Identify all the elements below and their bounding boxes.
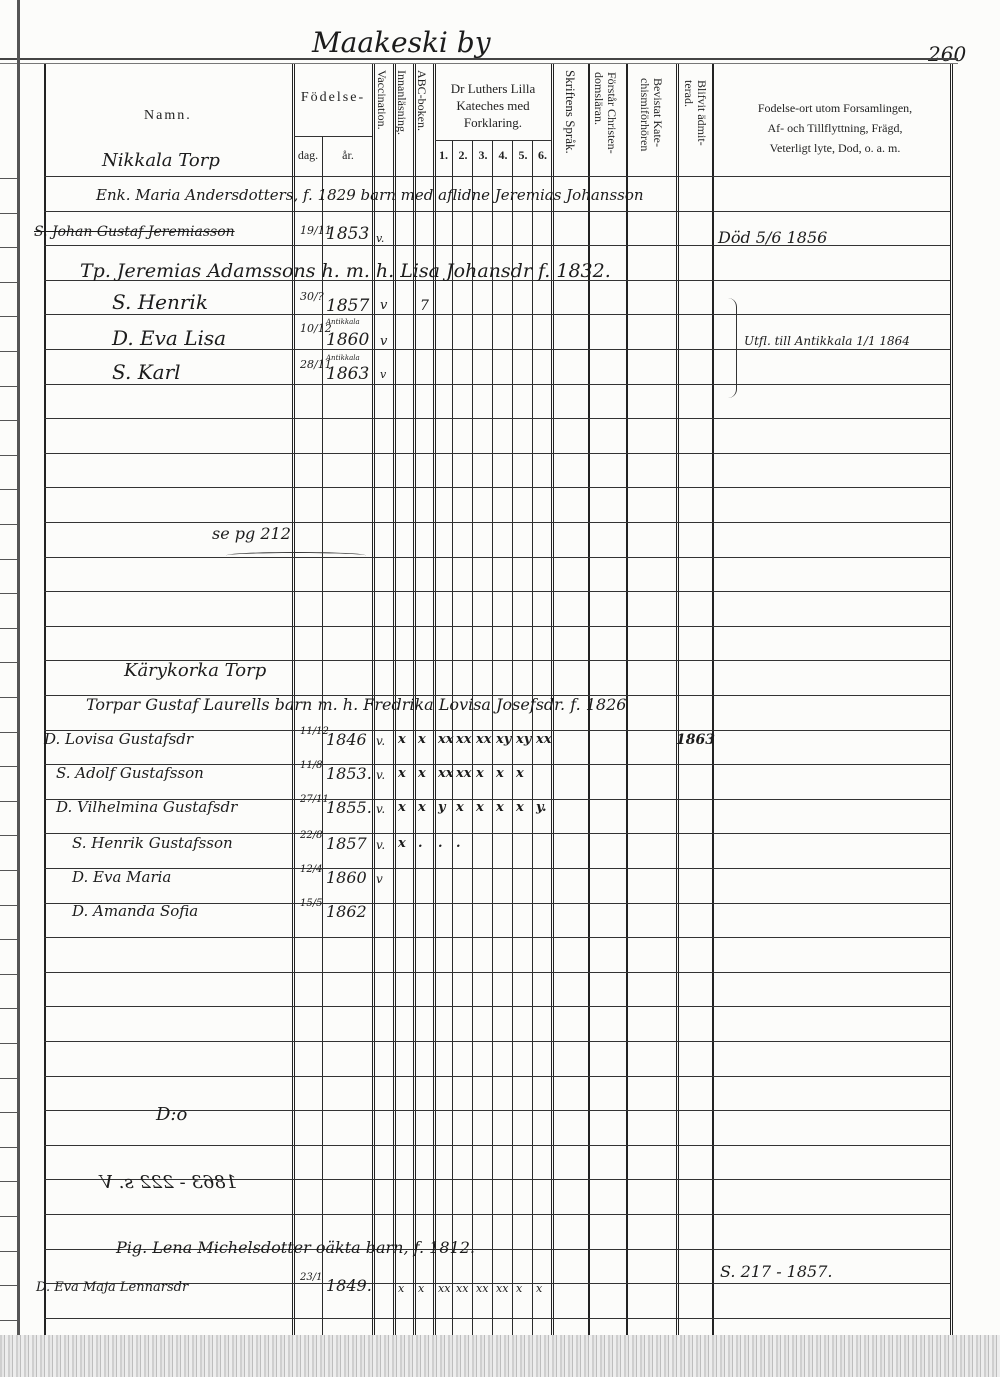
margin-tick [0,178,17,179]
header-blifvit: Blifvit ädmit- terad. [682,80,708,170]
header-skriftens-sprak: Skriftens Språk. [564,70,576,154]
row-mark: x [418,732,426,747]
ruled-line [44,1318,950,1319]
row-ar: 1862 [326,902,367,921]
row-mark: y [438,800,446,815]
row-mark: xx [496,1282,508,1295]
luther-sub-rule [435,140,551,141]
row-mark: x [418,800,426,815]
fodelse-sub-rule [294,136,372,137]
bracket-mark [728,298,737,398]
margin-tick [0,213,17,214]
row-ar: 1860 [326,868,367,887]
header-bevistat-2: chismiförhören [638,78,652,151]
row-vacc: v. [376,232,384,245]
row-dag: 11/12 [300,726,329,737]
row-mark: . [418,836,423,851]
row-name: S. Henrik Gustafsson [72,834,233,852]
ruled-line [44,522,950,523]
row-mark: xx [476,1282,488,1295]
row-name: S. Karl [112,360,181,384]
row-vacc: v. [376,768,385,782]
row-mark: x [516,1282,522,1295]
header-namn: Namn. [144,108,192,124]
ruled-line [44,1041,950,1042]
farm-name-nikkala: Nikkala Torp [102,150,220,171]
row-mark: x [476,766,484,781]
row-mark: x [398,766,406,781]
ruled-line [44,868,950,869]
cross-reference: se pg 212 [212,524,291,543]
header-remarks-1: Fodelse-ort utom Forsamlingen, [720,98,950,118]
margin-tick [0,593,17,594]
header-remarks-2: Af- och Tillflyttning, Frägd, [720,118,950,138]
margin-tick [0,420,17,421]
row-name: D. Eva Maja Lennarsdr [36,1280,188,1295]
row-mark: x [496,766,504,781]
margin-tick [0,1216,17,1217]
row-ar: 1857 [326,296,369,316]
row-mark: x [496,800,504,815]
margin-tick [0,1181,17,1182]
header-fodelse: Födelse- [294,90,372,106]
luther-col-4: 4. [493,148,513,163]
row-dag: 12/4 [300,864,322,875]
margin-tick [0,766,17,767]
luther-col-3: 3. [473,148,493,163]
header-remarks: Fodelse-ort utom Forsamlingen, Af- och T… [720,98,950,158]
header-luther-line3: Forklaring. [434,114,552,131]
row-mark: xx [456,1282,468,1295]
row-mark: xx [438,1282,450,1295]
row-name: S. Adolf Gustafsson [56,764,204,782]
row-name: S. Henrik [112,290,208,314]
ruled-line [44,1076,950,1077]
row-ar: 1846 [326,730,367,749]
header-forstar: Förstår Christen- domsläran. [592,72,618,172]
margin-tick [0,732,17,733]
household-line-3: Torpar Gustaf Laurells barn m. h. Fredri… [86,695,626,714]
row-mark: x [418,766,426,781]
header-forstar-1: Förstår Christen- [605,72,619,154]
row-mark: x [418,1282,424,1295]
row-vacc: v. [376,838,385,852]
row-mark: xx [456,766,472,781]
row-mark: xy [496,732,511,747]
row-dag: 22/8 [300,830,322,841]
household-line-4: Pig. Lena Michelsdotter oäkta barn, f. 1… [116,1238,475,1257]
ruled-line [44,453,950,454]
col-line-l3 [492,140,493,1335]
margin-tick [0,1112,17,1113]
margin-tick [0,1043,17,1044]
ruled-line [44,591,950,592]
row-mark: x [476,800,484,815]
header-luther-line2: Kateches med [434,97,552,114]
margin-tick [0,247,17,248]
margin-tick [0,316,17,317]
margin-tick [0,697,17,698]
header-innanlasning: Innanläsning. [396,70,408,135]
margin-tick [0,1251,17,1252]
ruled-line [44,1214,950,1215]
household-line-1: Enk. Maria Andersdotters, f. 1829 barn m… [96,186,644,204]
luther-col-2: 2. [453,148,473,163]
header-bevistat-1: Bevistat Kate- [651,78,665,147]
row-mark: x [536,1282,542,1295]
ditto-mark: D:o [156,1104,187,1125]
row-dag: 11/8 [300,760,322,771]
row-remarks: Död 5/6 1856 [718,228,827,247]
row-vacc: v [380,368,386,381]
row-mark: y. [536,800,547,815]
row-mark: x [398,1282,404,1295]
header-dag: dag. [294,148,322,163]
col-line-l4 [512,140,513,1335]
ruled-line [44,1006,950,1007]
row-mark: x [516,800,524,815]
header-blifvit-1: Blifvit ädmit- [695,80,709,146]
row-ar: 1855. [326,798,372,817]
row-vacc: v. [376,802,385,816]
row-name: D. Lovisa Gustafsdr [44,730,193,748]
row-name: D. Eva Maria [72,868,171,886]
luther-col-1: 1. [434,148,453,163]
margin-tick [0,524,17,525]
row-remarks: S. 217 - 1857. [720,1262,832,1281]
ruled-line [44,937,950,938]
margin-tick [0,870,17,871]
ruled-line [44,211,950,212]
row-mark: xx [438,766,454,781]
row-vacc: v [380,334,387,349]
row-mark: xx [536,732,552,747]
header-vaccination: Vaccination. [376,70,388,130]
header-remarks-3: Veterligt lyte, Dod, o. a. m. [720,138,950,158]
margin-tick [0,455,17,456]
row-ar: 1857 [326,834,367,853]
margin-tick [0,1285,17,1286]
scan-noise [0,1335,1000,1377]
row-mark: x [456,800,464,815]
ruled-line [44,314,950,315]
margin-tick [0,628,17,629]
row-ar: 1860 [326,330,369,350]
margin-tick [0,351,17,352]
header-abc-boken: ABC-boken. [416,70,428,131]
mirrored-note: 1863 - 222 s. V [100,1172,237,1193]
margin-tick [0,1008,17,1009]
row-dag: 30/? [300,290,324,303]
ruled-line [44,972,950,973]
margin-tick [0,559,17,560]
ruled-line [44,626,950,627]
ruled-line [44,384,950,385]
row-ar: 1863 [326,364,369,384]
row-name: D. Amanda Sofia [72,902,198,920]
cross-reference-underline [226,552,366,559]
ruled-line [44,557,950,558]
row-remarks: 1863 [676,732,715,748]
row-mark: . [456,836,461,851]
header-luther-line1: Dr Luthers Lilla [434,80,552,97]
ruled-line [44,418,950,419]
header-luther: Dr Luthers Lilla Kateches med Forklaring… [434,80,552,131]
col-line-l2 [472,140,473,1335]
row-remarks: Utfl. till Antikkala 1/1 1864 [744,334,910,348]
margin-tick [0,386,17,387]
row-mark: x [516,766,524,781]
row-dag: 15/5 [300,898,322,909]
row-ar: 1849. [326,1276,372,1295]
margin-tick [0,662,17,663]
row-mark: . [438,836,443,851]
luther-col-6: 6. [533,148,552,163]
row-mark: xx [438,732,454,747]
row-dag: 23/1 [300,1272,322,1283]
header-forstar-2: domsläran. [592,72,606,125]
row-dag: 27/11 [300,794,329,805]
header-luther-cols: 1. 2. 3. 4. 5. 6. [434,148,552,163]
farm-name-karykorka: Kärykorka Torp [124,660,266,681]
row-name: D. Eva Lisa [112,326,226,350]
header-bevistat: Bevistat Kate- chismiförhören [638,78,664,178]
row-mark: x [398,836,406,851]
margin-tick [0,801,17,802]
row-mark: xy [516,732,531,747]
row-mark: xx [476,732,492,747]
row-abc: 7 [420,298,429,314]
ruled-line [44,487,950,488]
margin-tick [0,1078,17,1079]
binding-edge [17,0,20,1335]
margin-tick [0,905,17,906]
header-ar: år. [324,148,372,163]
margin-tick [0,489,17,490]
top-rule-2 [0,63,958,64]
household-line-2: Tp. Jeremias Adamssons h. m. h. Lisa Joh… [80,260,611,282]
row-name: D. Vilhelmina Gustafsdr [56,798,237,816]
row-ar-note: Antikkala [326,318,360,326]
row-ar: 1853. [326,764,372,783]
margin-tick [0,939,17,940]
row-mark: x [398,732,406,747]
header-blifvit-2: terad. [682,80,696,107]
col-line-l5 [532,140,533,1335]
row-vacc: v [380,298,387,313]
col-line-right [950,64,953,1335]
margin-tick [0,835,17,836]
margin-tick [0,1147,17,1148]
row-name: S. Johan Gustaf Jeremiasson [34,224,235,240]
margin-tick [0,282,17,283]
luther-col-5: 5. [513,148,533,163]
ruled-line [44,1145,950,1146]
margin-tick [0,1320,17,1321]
row-vacc: v [376,872,383,886]
top-rule [0,58,958,60]
ruled-line [44,176,950,177]
row-mark: xx [456,732,472,747]
place-heading: Maakeski by [312,26,491,59]
row-mark: x [398,800,406,815]
row-ar: 1853 [326,224,369,244]
row-vacc: v. [376,734,385,748]
margin-tick [0,974,17,975]
row-ar-note: Antikkala [326,354,360,362]
